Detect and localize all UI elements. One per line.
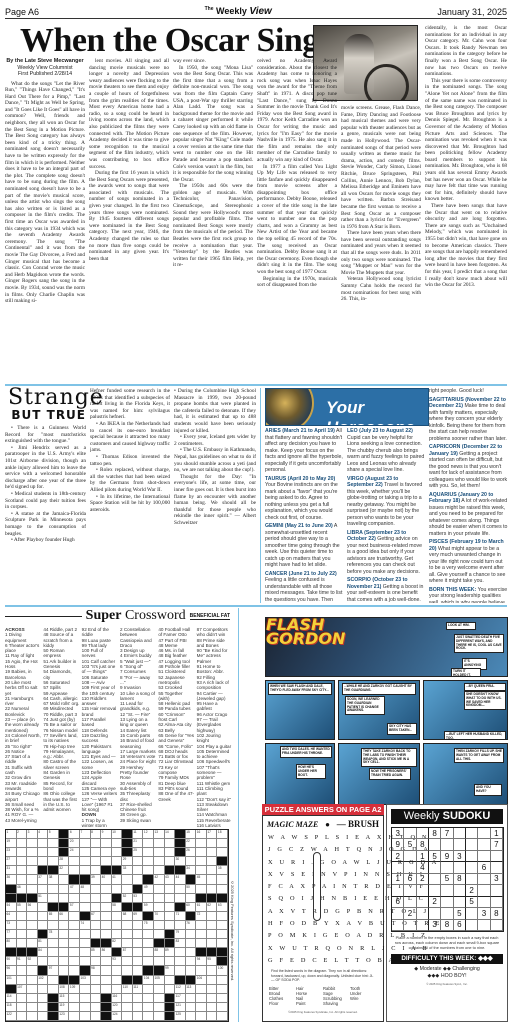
crossword-cell[interactable]: 88 (154, 948, 165, 957)
crossword-cell[interactable]: 95 (207, 957, 218, 966)
crossword-cell[interactable]: 32 (59, 866, 70, 875)
crossword-cell[interactable] (143, 839, 154, 848)
crossword-cell[interactable] (196, 985, 207, 994)
crossword-cell[interactable] (165, 912, 176, 921)
crossword-cell[interactable]: 2 (17, 830, 28, 839)
crossword-cell[interactable] (217, 912, 228, 921)
crossword-cell[interactable]: 61 (196, 903, 207, 912)
crossword-cell[interactable]: 3 (27, 830, 38, 839)
crossword-cell[interactable] (91, 1003, 102, 1012)
sudoku-empty-cell[interactable] (404, 897, 416, 908)
crossword-grid[interactable]: 1234567891011121314151617181920212223242… (5, 829, 229, 1022)
crossword-cell[interactable] (154, 957, 165, 966)
crossword-cell[interactable]: 10 (112, 830, 123, 839)
crossword-cell[interactable] (217, 1012, 228, 1021)
crossword-cell[interactable]: 118 (6, 1003, 17, 1012)
crossword-cell[interactable] (207, 875, 218, 884)
crossword-cell[interactable]: 96 (6, 966, 17, 975)
crossword-cell[interactable] (38, 994, 49, 1003)
crossword-cell[interactable] (38, 885, 49, 894)
crossword-cell[interactable]: 26 (186, 848, 197, 857)
sudoku-empty-cell[interactable] (429, 839, 441, 850)
crossword-cell[interactable] (59, 921, 70, 930)
crossword-cell[interactable] (196, 857, 207, 866)
crossword-cell[interactable] (48, 921, 59, 930)
crossword-cell[interactable] (91, 976, 102, 985)
crossword-cell[interactable]: 31 (6, 866, 17, 875)
crossword-cell[interactable]: 50 (186, 885, 197, 894)
crossword-cell[interactable]: 9 (101, 830, 112, 839)
crossword-cell[interactable]: 45 (196, 875, 207, 884)
crossword-cell[interactable] (101, 985, 112, 994)
crossword-cell[interactable] (48, 948, 59, 957)
crossword-cell[interactable] (17, 939, 28, 948)
crossword-cell[interactable] (91, 921, 102, 930)
crossword-cell[interactable] (48, 885, 59, 894)
crossword-cell[interactable] (112, 912, 123, 921)
crossword-cell[interactable]: 84 (38, 948, 49, 957)
crossword-cell[interactable]: 33 (122, 866, 133, 875)
crossword-cell[interactable] (38, 985, 49, 994)
crossword-cell[interactable]: 22 (186, 839, 197, 848)
crossword-cell[interactable] (112, 930, 123, 939)
crossword-cell[interactable] (175, 957, 186, 966)
crossword-cell[interactable] (17, 976, 28, 985)
crossword-cell[interactable] (207, 976, 218, 985)
sudoku-empty-cell[interactable] (429, 908, 441, 919)
crossword-cell[interactable] (38, 857, 49, 866)
crossword-cell[interactable] (165, 894, 176, 903)
crossword-cell[interactable] (175, 966, 186, 975)
crossword-cell[interactable] (207, 839, 218, 848)
crossword-cell[interactable] (59, 875, 70, 884)
crossword-cell[interactable] (165, 903, 176, 912)
crossword-cell[interactable] (91, 994, 102, 1003)
crossword-cell[interactable]: 40 (101, 875, 112, 884)
sudoku-empty-cell[interactable] (441, 908, 453, 919)
crossword-cell[interactable] (69, 994, 80, 1003)
crossword-cell[interactable]: 98 (91, 966, 102, 975)
crossword-cell[interactable]: 15 (186, 830, 197, 839)
crossword-cell[interactable]: 58 (112, 903, 123, 912)
crossword-cell[interactable] (112, 839, 123, 848)
maze-letter-grid[interactable]: W A W S P L S I E A X H T Q NJ G C Z W A… (263, 832, 383, 967)
crossword-cell[interactable] (154, 885, 165, 894)
crossword-cell[interactable]: 55 (17, 903, 28, 912)
crossword-cell[interactable] (27, 1012, 38, 1021)
crossword-cell[interactable] (27, 994, 38, 1003)
crossword-cell[interactable]: 101 (6, 976, 17, 985)
sudoku-empty-cell[interactable] (491, 920, 503, 931)
crossword-cell[interactable]: 54 (6, 903, 17, 912)
crossword-cell[interactable] (196, 921, 207, 930)
crossword-cell[interactable] (165, 976, 176, 985)
crossword-cell[interactable] (69, 866, 80, 875)
crossword-cell[interactable]: 28 (59, 857, 70, 866)
crossword-cell[interactable] (217, 939, 228, 948)
crossword-cell[interactable] (91, 848, 102, 857)
crossword-cell[interactable] (80, 948, 91, 957)
crossword-cell[interactable]: 20 (69, 839, 80, 848)
crossword-cell[interactable] (101, 894, 112, 903)
crossword-cell[interactable] (27, 985, 38, 994)
crossword-cell[interactable] (27, 839, 38, 848)
crossword-cell[interactable]: 76 (186, 921, 197, 930)
crossword-cell[interactable] (91, 839, 102, 848)
crossword-cell[interactable] (143, 994, 154, 1003)
crossword-cell[interactable]: 113 (186, 985, 197, 994)
crossword-cell[interactable]: 49 (143, 885, 154, 894)
sudoku-empty-cell[interactable] (441, 897, 453, 908)
crossword-cell[interactable] (59, 894, 70, 903)
crossword-cell[interactable] (196, 1012, 207, 1021)
crossword-cell[interactable] (101, 903, 112, 912)
crossword-cell[interactable] (165, 921, 176, 930)
crossword-cell[interactable] (27, 966, 38, 975)
crossword-cell[interactable] (17, 912, 28, 921)
crossword-cell[interactable]: 92 (27, 957, 38, 966)
crossword-cell[interactable] (196, 966, 207, 975)
crossword-cell[interactable]: 111 (133, 985, 144, 994)
crossword-cell[interactable]: 106 (196, 976, 207, 985)
crossword-cell[interactable] (17, 875, 28, 884)
crossword-cell[interactable] (48, 857, 59, 866)
crossword-cell[interactable]: 86 (101, 948, 112, 957)
crossword-cell[interactable]: 67 (91, 912, 102, 921)
crossword-cell[interactable] (38, 921, 49, 930)
crossword-cell[interactable]: 97 (48, 966, 59, 975)
crossword-cell[interactable] (165, 985, 176, 994)
crossword-cell[interactable] (122, 930, 133, 939)
crossword-cell[interactable] (59, 966, 70, 975)
crossword-cell[interactable]: 117 (175, 994, 186, 1003)
crossword-cell[interactable] (27, 866, 38, 875)
crossword-cell[interactable] (133, 948, 144, 957)
crossword-cell[interactable] (27, 848, 38, 857)
crossword-cell[interactable] (217, 885, 228, 894)
crossword-cell[interactable] (207, 966, 218, 975)
crossword-cell[interactable] (17, 921, 28, 930)
crossword-cell[interactable] (143, 1003, 154, 1012)
crossword-cell[interactable] (217, 875, 228, 884)
crossword-cell[interactable]: 108 (59, 985, 70, 994)
crossword-cell[interactable] (69, 957, 80, 966)
crossword-cell[interactable] (207, 1003, 218, 1012)
crossword-cell[interactable]: 79 (175, 930, 186, 939)
crossword-cell[interactable] (38, 912, 49, 921)
crossword-cell[interactable] (69, 921, 80, 930)
crossword-cell[interactable]: 80 (6, 939, 17, 948)
crossword-cell[interactable]: 78 (48, 930, 59, 939)
crossword-cell[interactable] (207, 885, 218, 894)
crossword-cell[interactable] (186, 1012, 197, 1021)
crossword-cell[interactable]: 119 (59, 1003, 70, 1012)
crossword-cell[interactable]: 11 (133, 830, 144, 839)
crossword-cell[interactable]: 1 (6, 830, 17, 839)
crossword-cell[interactable] (217, 994, 228, 1003)
crossword-cell[interactable]: 87 (122, 948, 133, 957)
crossword-cell[interactable]: 99 (165, 966, 176, 975)
crossword-cell[interactable] (80, 839, 91, 848)
crossword-cell[interactable] (91, 930, 102, 939)
crossword-cell[interactable] (154, 857, 165, 866)
crossword-cell[interactable] (59, 957, 70, 966)
crossword-cell[interactable] (143, 985, 154, 994)
crossword-cell[interactable]: 53 (133, 894, 144, 903)
crossword-cell[interactable] (112, 985, 123, 994)
sudoku-empty-cell[interactable] (491, 885, 503, 896)
sudoku-empty-cell[interactable] (417, 920, 429, 931)
crossword-cell[interactable]: 52 (122, 894, 133, 903)
crossword-cell[interactable] (27, 939, 38, 948)
crossword-cell[interactable] (143, 948, 154, 957)
crossword-cell[interactable] (101, 857, 112, 866)
crossword-cell[interactable] (207, 930, 218, 939)
crossword-cell[interactable]: 37 (38, 875, 49, 884)
crossword-cell[interactable]: 41 (112, 875, 123, 884)
crossword-cell[interactable] (207, 994, 218, 1003)
crossword-cell[interactable]: 69 (133, 912, 144, 921)
sudoku-empty-cell[interactable] (404, 828, 416, 839)
crossword-cell[interactable]: 7 (80, 830, 91, 839)
crossword-cell[interactable] (122, 994, 133, 1003)
crossword-cell[interactable]: 89 (165, 948, 176, 957)
crossword-cell[interactable] (91, 894, 102, 903)
sudoku-empty-cell[interactable] (466, 908, 478, 919)
sudoku-empty-cell[interactable] (429, 862, 441, 873)
crossword-cell[interactable]: 125 (175, 1012, 186, 1021)
crossword-cell[interactable] (27, 875, 38, 884)
crossword-cell[interactable]: 115 (59, 994, 70, 1003)
crossword-cell[interactable]: 64 (6, 912, 17, 921)
crossword-cell[interactable] (80, 866, 91, 875)
sudoku-empty-cell[interactable] (404, 851, 416, 862)
crossword-cell[interactable] (69, 948, 80, 957)
crossword-cell[interactable] (27, 857, 38, 866)
sudoku-empty-cell[interactable] (491, 897, 503, 908)
crossword-cell[interactable] (196, 839, 207, 848)
sudoku-empty-cell[interactable] (478, 851, 490, 862)
crossword-cell[interactable] (17, 966, 28, 975)
crossword-cell[interactable] (154, 848, 165, 857)
crossword-cell[interactable] (38, 1012, 49, 1021)
crossword-cell[interactable] (186, 957, 197, 966)
crossword-cell[interactable] (133, 957, 144, 966)
crossword-cell[interactable] (122, 921, 133, 930)
crossword-cell[interactable] (154, 930, 165, 939)
sudoku-empty-cell[interactable] (478, 897, 490, 908)
crossword-cell[interactable]: 82 (112, 939, 123, 948)
crossword-cell[interactable] (143, 866, 154, 875)
crossword-cell[interactable] (122, 966, 133, 975)
crossword-cell[interactable] (154, 994, 165, 1003)
crossword-cell[interactable] (175, 948, 186, 957)
crossword-cell[interactable] (217, 921, 228, 930)
crossword-cell[interactable] (69, 894, 80, 903)
crossword-cell[interactable] (80, 894, 91, 903)
crossword-cell[interactable] (91, 903, 102, 912)
crossword-cell[interactable]: 34 (186, 866, 197, 875)
crossword-cell[interactable] (101, 966, 112, 975)
crossword-cell[interactable]: 27 (6, 857, 17, 866)
crossword-cell[interactable] (101, 976, 112, 985)
crossword-cell[interactable]: 121 (175, 1003, 186, 1012)
crossword-cell[interactable] (112, 921, 123, 930)
sudoku-empty-cell[interactable] (441, 885, 453, 896)
crossword-cell[interactable]: 4 (38, 830, 49, 839)
sudoku-empty-cell[interactable] (466, 862, 478, 873)
sudoku-empty-cell[interactable] (404, 862, 416, 873)
crossword-cell[interactable] (17, 848, 28, 857)
crossword-cell[interactable] (196, 885, 207, 894)
crossword-cell[interactable] (186, 1003, 197, 1012)
crossword-cell[interactable]: 29 (122, 857, 133, 866)
crossword-cell[interactable] (154, 985, 165, 994)
sudoku-empty-cell[interactable] (417, 885, 429, 896)
sudoku-empty-cell[interactable] (392, 862, 404, 873)
sudoku-empty-cell[interactable] (466, 828, 478, 839)
crossword-cell[interactable] (143, 939, 154, 948)
crossword-cell[interactable]: 75 (143, 921, 154, 930)
crossword-cell[interactable] (207, 985, 218, 994)
crossword-cell[interactable] (122, 875, 133, 884)
crossword-cell[interactable]: 83 (175, 939, 186, 948)
sudoku-empty-cell[interactable] (466, 874, 478, 885)
crossword-cell[interactable]: 44 (175, 875, 186, 884)
crossword-cell[interactable] (69, 1003, 80, 1012)
crossword-cell[interactable] (69, 939, 80, 948)
crossword-cell[interactable]: 63 (217, 903, 228, 912)
crossword-cell[interactable] (80, 1012, 91, 1021)
crossword-cell[interactable] (196, 994, 207, 1003)
crossword-cell[interactable]: 110 (122, 985, 133, 994)
crossword-cell[interactable] (59, 930, 70, 939)
sudoku-empty-cell[interactable] (392, 885, 404, 896)
crossword-cell[interactable] (17, 857, 28, 866)
crossword-cell[interactable] (217, 930, 228, 939)
crossword-cell[interactable] (207, 857, 218, 866)
crossword-cell[interactable] (59, 939, 70, 948)
crossword-cell[interactable] (133, 966, 144, 975)
crossword-cell[interactable]: 62 (207, 903, 218, 912)
crossword-cell[interactable] (101, 839, 112, 848)
sudoku-empty-cell[interactable] (392, 920, 404, 931)
crossword-cell[interactable]: 90 (6, 957, 17, 966)
crossword-cell[interactable] (207, 1012, 218, 1021)
crossword-cell[interactable] (133, 921, 144, 930)
crossword-cell[interactable] (38, 848, 49, 857)
crossword-cell[interactable]: 60 (186, 903, 197, 912)
crossword-cell[interactable]: 18 (217, 830, 228, 839)
sudoku-empty-cell[interactable] (466, 920, 478, 931)
crossword-cell[interactable]: 94 (196, 957, 207, 966)
crossword-cell[interactable]: 103 (80, 976, 91, 985)
crossword-cell[interactable] (112, 848, 123, 857)
crossword-cell[interactable]: 35 (217, 866, 228, 875)
crossword-cell[interactable] (101, 930, 112, 939)
crossword-cell[interactable] (186, 966, 197, 975)
crossword-cell[interactable] (154, 903, 165, 912)
crossword-cell[interactable]: 73 (6, 921, 17, 930)
sudoku-empty-cell[interactable] (404, 885, 416, 896)
crossword-cell[interactable]: 116 (112, 994, 123, 1003)
crossword-cell[interactable] (143, 848, 154, 857)
crossword-cell[interactable] (217, 985, 228, 994)
crossword-cell[interactable] (101, 885, 112, 894)
crossword-cell[interactable] (48, 976, 59, 985)
crossword-cell[interactable] (196, 939, 207, 948)
crossword-cell[interactable] (122, 939, 133, 948)
crossword-cell[interactable] (143, 1012, 154, 1021)
crossword-cell[interactable] (112, 966, 123, 975)
crossword-cell[interactable] (207, 912, 218, 921)
crossword-cell[interactable] (48, 839, 59, 848)
sudoku-empty-cell[interactable] (429, 885, 441, 896)
crossword-cell[interactable]: 122 (6, 1012, 17, 1021)
crossword-cell[interactable] (143, 930, 154, 939)
crossword-cell[interactable] (186, 948, 197, 957)
crossword-cell[interactable] (101, 957, 112, 966)
sudoku-empty-cell[interactable] (441, 839, 453, 850)
crossword-cell[interactable] (112, 885, 123, 894)
crossword-cell[interactable] (101, 921, 112, 930)
crossword-cell[interactable]: 38 (48, 875, 59, 884)
crossword-cell[interactable]: 30 (175, 857, 186, 866)
crossword-cell[interactable]: 6 (69, 830, 80, 839)
crossword-cell[interactable] (27, 1003, 38, 1012)
crossword-cell[interactable] (133, 866, 144, 875)
crossword-cell[interactable] (207, 939, 218, 948)
crossword-cell[interactable] (133, 875, 144, 884)
crossword-cell[interactable] (112, 857, 123, 866)
crossword-cell[interactable] (186, 930, 197, 939)
crossword-cell[interactable]: 114 (6, 994, 17, 1003)
crossword-cell[interactable] (143, 857, 154, 866)
crossword-cell[interactable] (122, 1012, 133, 1021)
crossword-cell[interactable] (143, 894, 154, 903)
sudoku-empty-cell[interactable] (429, 874, 441, 885)
crossword-cell[interactable] (186, 994, 197, 1003)
crossword-cell[interactable]: 120 (112, 1003, 123, 1012)
crossword-cell[interactable] (175, 885, 186, 894)
crossword-cell[interactable]: 16 (196, 830, 207, 839)
sudoku-empty-cell[interactable] (404, 920, 416, 931)
crossword-cell[interactable]: 48 (80, 885, 91, 894)
crossword-cell[interactable] (165, 857, 176, 866)
crossword-cell[interactable] (154, 921, 165, 930)
crossword-cell[interactable] (17, 930, 28, 939)
crossword-cell[interactable] (38, 957, 49, 966)
crossword-cell[interactable]: 105 (154, 976, 165, 985)
crossword-cell[interactable] (217, 848, 228, 857)
crossword-cell[interactable]: 100 (217, 966, 228, 975)
crossword-cell[interactable]: 36 (6, 875, 17, 884)
crossword-cell[interactable]: 42 (154, 875, 165, 884)
crossword-cell[interactable]: 68 (122, 912, 133, 921)
sudoku-empty-cell[interactable] (491, 862, 503, 873)
crossword-cell[interactable] (48, 985, 59, 994)
crossword-cell[interactable] (91, 985, 102, 994)
crossword-cell[interactable] (154, 1003, 165, 1012)
crossword-cell[interactable] (165, 848, 176, 857)
crossword-cell[interactable]: 57 (69, 903, 80, 912)
crossword-cell[interactable]: 14 (165, 830, 176, 839)
crossword-cell[interactable] (91, 957, 102, 966)
crossword-cell[interactable]: 74 (80, 921, 91, 930)
crossword-cell[interactable] (217, 976, 228, 985)
crossword-cell[interactable] (91, 1012, 102, 1021)
sudoku-empty-cell[interactable] (466, 839, 478, 850)
